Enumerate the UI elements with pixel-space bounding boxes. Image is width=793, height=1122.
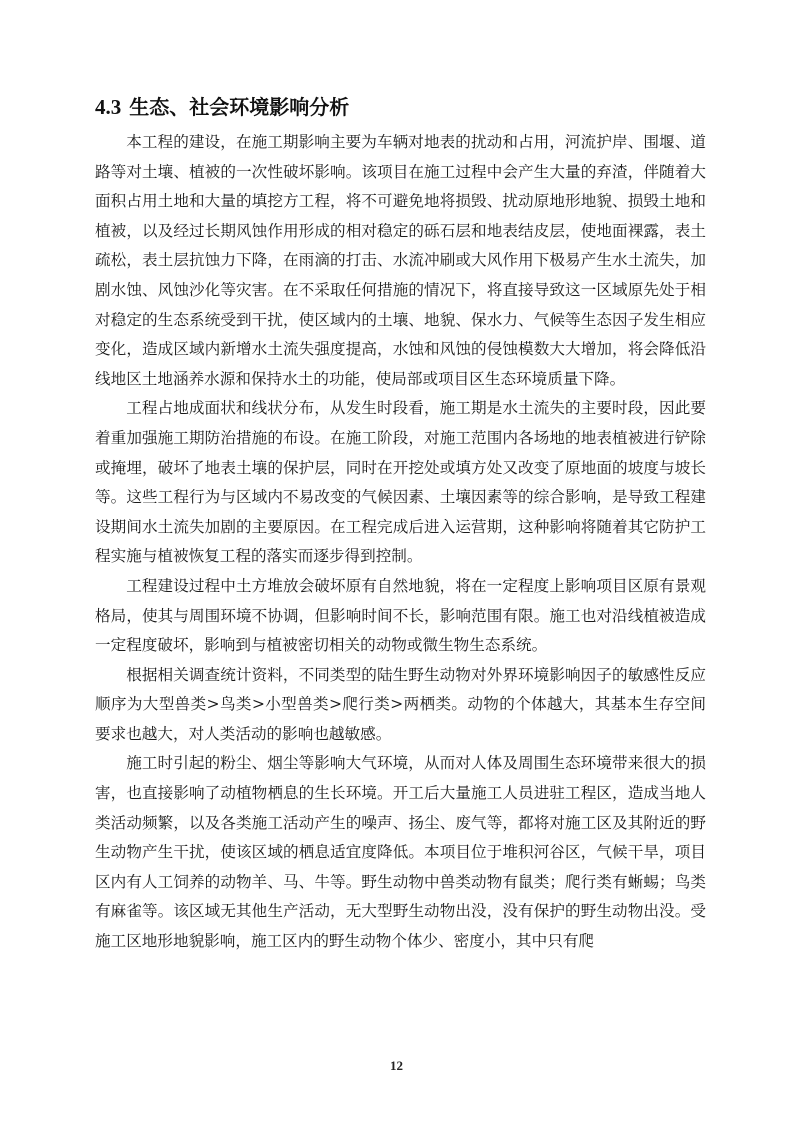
body-text: 本工程的建设，在施工期影响主要为车辆对地表的扰动和占用，河流护岸、围堰、道路等对… [95,128,706,957]
paragraph: 本工程的建设，在施工期影响主要为车辆对地表的扰动和占用，河流护岸、围堰、道路等对… [95,128,706,394]
paragraph: 工程占地成面状和线状分布，从发生时段看，施工期是水土流失的主要时段，因此要着重加… [95,394,706,572]
section-heading: 4.3生态、社会环境影响分析 [95,92,715,122]
paragraph: 施工时引起的粉尘、烟尘等影响大气环境，从而对人体及周围生态环境带来很大的损害，也… [95,749,706,956]
document-page: 4.3生态、社会环境影响分析 本工程的建设，在施工期影响主要为车辆对地表的扰动和… [0,0,793,1122]
paragraph: 工程建设过程中土方堆放会破坏原有自然地貌，将在一定程度上影响项目区原有景观格局，… [95,572,706,661]
paragraph: 根据相关调查统计资料，不同类型的陆生野生动物对外界环境影响因子的敏感性反应顺序为… [95,661,706,750]
page-number: 12 [0,1058,793,1074]
section-title: 生态、社会环境影响分析 [129,95,349,119]
section-number: 4.3 [95,95,121,119]
